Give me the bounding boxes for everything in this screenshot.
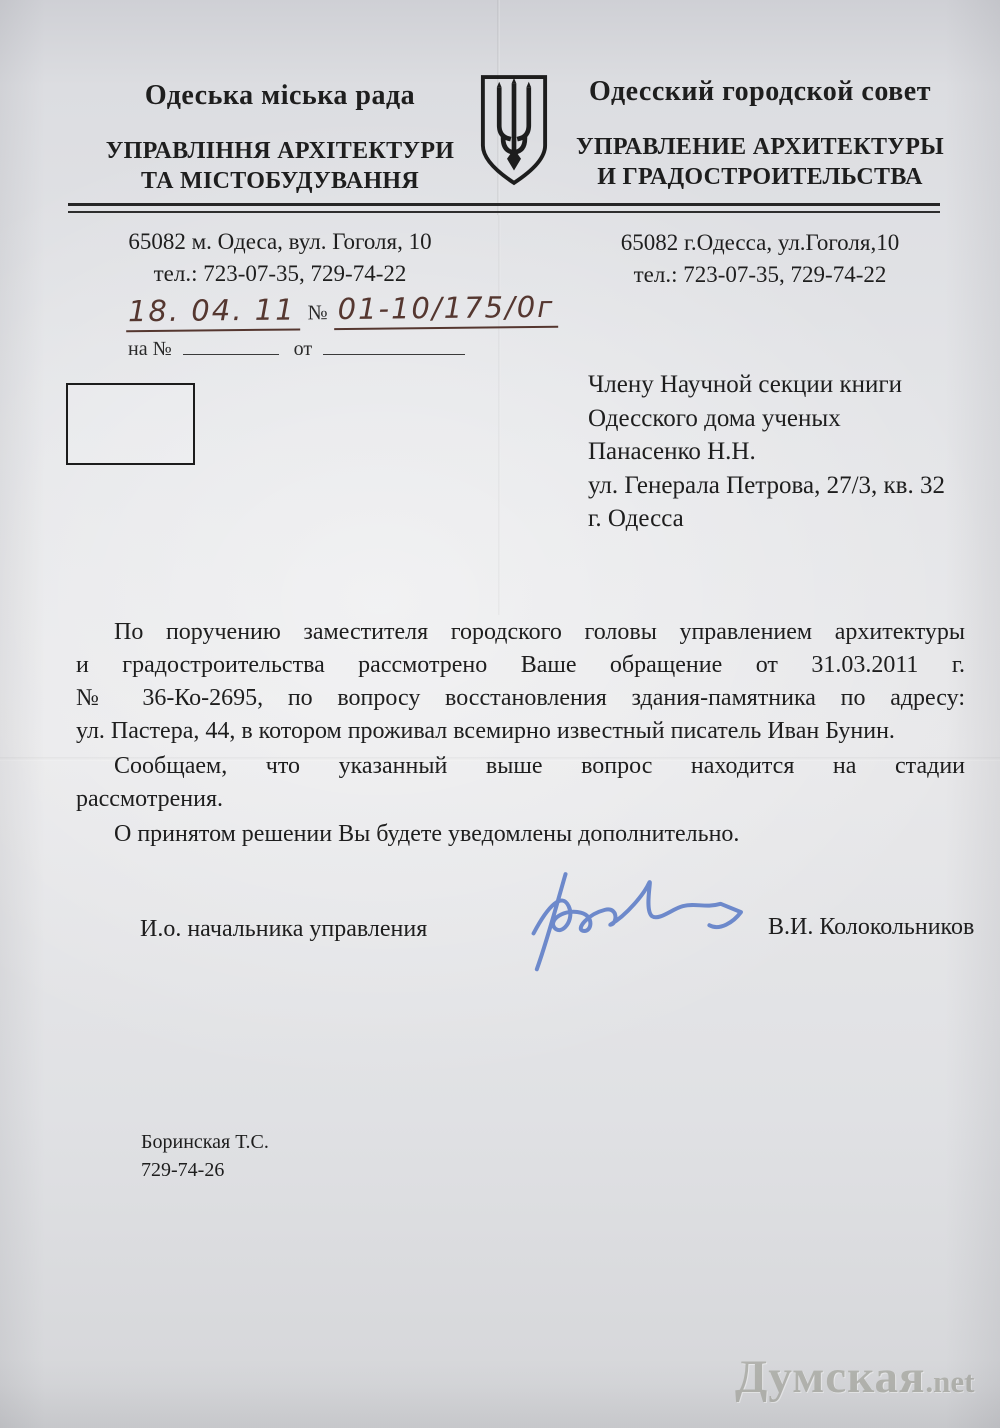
org-dept-ru-line2: И ГРАДОСТРОИТЕЛЬСТВА xyxy=(575,162,945,192)
signature-scribble xyxy=(503,854,757,978)
recipient-line: ул. Генерала Петрова, 27/3, кв. 32 xyxy=(588,469,945,503)
address-uk: 65082 м. Одеса, вул. Гоголя, 10 xyxy=(105,226,455,258)
address-block-ru: 65082 г.Одесса, ул.Гоголя,10 тел.: 723-0… xyxy=(595,227,925,291)
vertical-fold-mid xyxy=(498,215,501,615)
org-title-ru: Одесский городской совет xyxy=(575,76,945,108)
body-line: и градостроительства рассмотрено Ваше об… xyxy=(76,649,965,682)
org-dept-uk-line1: УПРАВЛІННЯ АРХІТЕКТУРИ xyxy=(95,136,465,166)
handwritten-date: 18. 04. 11 xyxy=(126,292,300,332)
body-line: Сообщаем, что указанный выше вопрос нахо… xyxy=(76,750,965,783)
letterhead-ukrainian: Одеська міська рада УПРАВЛІННЯ АРХІТЕКТУ… xyxy=(95,80,465,196)
recipient-line: Панасенко Н.Н. xyxy=(588,435,945,469)
reference-line: 18. 04. 11№01-10/175/0г xyxy=(126,290,559,333)
site-watermark: Думская.net xyxy=(735,1350,974,1404)
org-dept-uk-line2: ТА МІСТОБУДУВАННЯ xyxy=(95,166,465,196)
address-block-uk: 65082 м. Одеса, вул. Гоголя, 10 тел.: 72… xyxy=(105,226,455,290)
letterhead-divider xyxy=(68,203,940,213)
signer-position-title: И.о. начальника управления xyxy=(140,916,427,943)
recipient-line: Одесского дома ученых xyxy=(588,402,945,436)
body-line: По поручению заместителя городского голо… xyxy=(76,616,965,649)
letterhead-russian: Одесский городской совет УПРАВЛЕНИЕ АРХИ… xyxy=(575,76,945,192)
address-ru: 65082 г.Одесса, ул.Гоголя,10 xyxy=(595,227,925,259)
recipient-block: Члену Научной секции книги Одесского дом… xyxy=(588,368,945,536)
reply-from-label: от xyxy=(294,338,312,360)
ukraine-trident-emblem xyxy=(475,74,553,186)
org-dept-ru: УПРАВЛЕНИЕ АРХИТЕКТУРЫ И ГРАДОСТРОИТЕЛЬС… xyxy=(575,132,945,192)
executor-name: Боринская Т.С. xyxy=(141,1128,269,1156)
reply-reference-line: на № от xyxy=(128,336,465,361)
phone-uk: тел.: 723-07-35, 729-74-22 xyxy=(105,258,455,290)
reply-prefix-label: на № xyxy=(128,338,172,360)
scanned-letter-photo: Одеська міська рада УПРАВЛІННЯ АРХІТЕКТУ… xyxy=(0,0,1000,1428)
number-sign: № xyxy=(307,300,327,324)
phone-ru: тел.: 723-07-35, 729-74-22 xyxy=(595,259,925,291)
recipient-line: г. Одесса xyxy=(588,502,945,536)
executor-phone: 729-74-26 xyxy=(141,1156,269,1184)
org-dept-ru-line1: УПРАВЛЕНИЕ АРХИТЕКТУРЫ xyxy=(575,132,945,162)
watermark-main: Думская xyxy=(735,1351,925,1403)
body-line: ул. Пастера, 44, в котором проживал всем… xyxy=(76,715,965,748)
signer-name: В.И. Колокольников xyxy=(768,914,974,941)
reply-number-blank xyxy=(183,336,279,355)
reply-date-blank xyxy=(323,336,465,355)
body-line: рассмотрения. xyxy=(76,783,965,816)
org-dept-uk: УПРАВЛІННЯ АРХІТЕКТУРИ ТА МІСТОБУДУВАННЯ xyxy=(95,136,465,196)
executor-block: Боринская Т.С. 729-74-26 xyxy=(141,1128,269,1184)
handwritten-ref-number: 01-10/175/0г xyxy=(333,290,558,330)
letter-body: По поручению заместителя городского голо… xyxy=(76,616,965,851)
recipient-line: Члену Научной секции книги xyxy=(588,368,945,402)
stamp-placeholder-box xyxy=(66,383,195,465)
body-line: № 36-Ко-2695, по вопросу восстановления … xyxy=(76,682,965,715)
watermark-suffix: .net xyxy=(925,1364,974,1399)
body-line: О принятом решении Вы будете уведомлены … xyxy=(76,818,965,851)
org-title-uk: Одеська міська рада xyxy=(95,80,465,112)
